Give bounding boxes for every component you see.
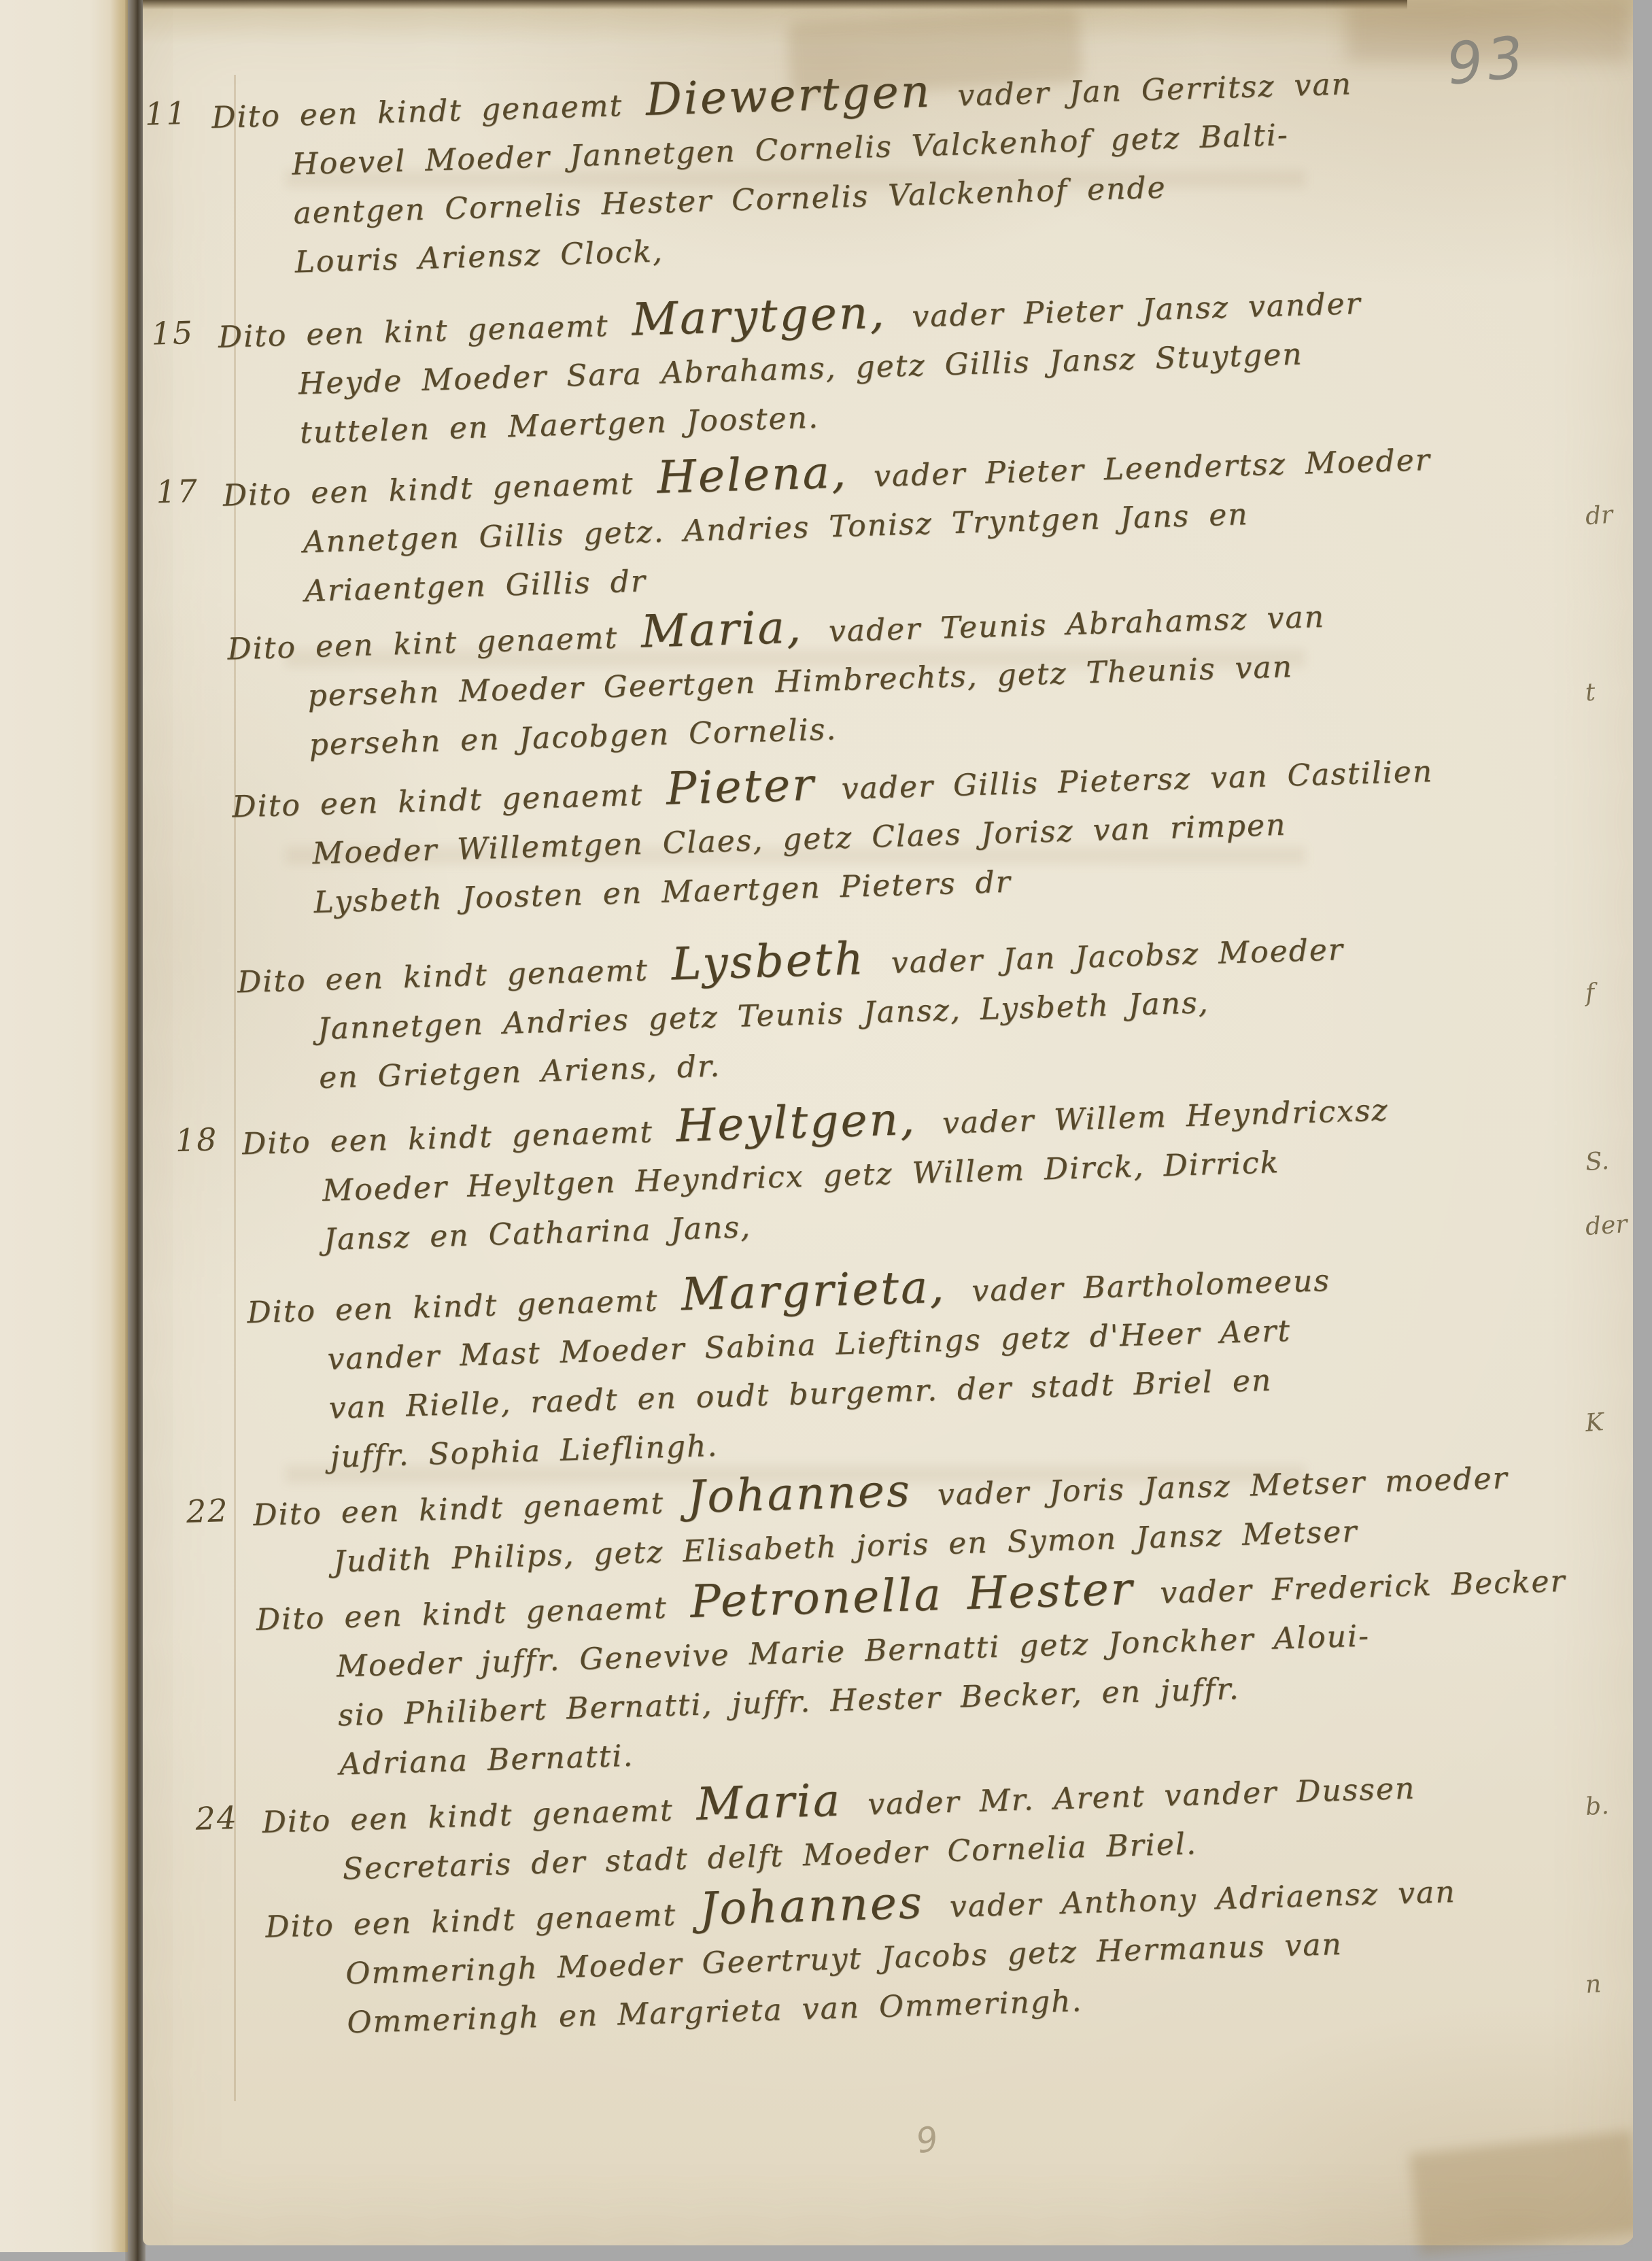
baptism-entry: Dito een kindt genaemt Lysbeth vader Jan… [237, 913, 1607, 1106]
child-name: Diewertgen [641, 65, 940, 126]
entry-after-name: vader Willem Heyndricxsz [942, 1093, 1389, 1140]
entry-after-name: vader Bartholomeeus [971, 1263, 1331, 1309]
entry-after-name: vader Jan Jacobsz Moeder [891, 932, 1344, 981]
entry-margin-number: 18 [175, 1121, 218, 1159]
entry-after-name: vader Frederick Becker [1160, 1564, 1567, 1611]
entry-after-name: vader Mr. Arent vander Dussen [867, 1771, 1416, 1822]
entry-after-name: vader Gillis Pietersz van Castilien [841, 754, 1434, 806]
backdrop-right [1633, 0, 1652, 2261]
entry-opening: Dito een kindt genaemt [256, 1591, 668, 1637]
facing-page-edge [0, 0, 128, 2252]
entry-opening: Dito een kindt genaemt [232, 778, 644, 825]
entry-opening: Dito een kint genaemt [218, 309, 609, 355]
baptism-entry: 11 Dito een kindt genaemt Diewertgen vad… [211, 48, 1583, 289]
child-name: Marytgen, [627, 286, 893, 346]
entry-opening: Dito een kindt genaemt [247, 1283, 659, 1330]
child-name: Lysbeth [666, 932, 872, 991]
child-name: Johannes [683, 1464, 919, 1523]
baptism-entry: Dito een kindt genaemt Petronella Hester… [256, 1550, 1628, 1791]
entry-margin-number: 22 [186, 1492, 229, 1530]
entry-margin-number: 11 [144, 95, 188, 133]
entry-after-name: vader Pieter Jansz vander [912, 286, 1362, 335]
entry-opening: Dito een kindt genaemt [253, 1486, 665, 1533]
child-name: Johannes [695, 1876, 931, 1935]
baptism-entry: 18 Dito een kindt genaemt Heyltgen, vade… [241, 1074, 1612, 1268]
entry-opening: Dito een kindt genaemt [241, 1115, 653, 1161]
entry-opening: Dito een kindt genaemt [265, 1898, 677, 1945]
entry-margin-number: 24 [195, 1799, 239, 1837]
entry-opening: Dito een kindt genaemt [262, 1793, 674, 1840]
child-name: Maria [691, 1773, 849, 1831]
entry-after-name: vader Pieter Leendertsz Moeder [873, 443, 1431, 494]
entry-after-name: vader Anthony Adriaensz van [949, 1875, 1456, 1924]
entry-margin-number: 17 [156, 473, 199, 511]
child-name: Maria, [636, 600, 810, 658]
child-name: Heyltgen, [671, 1093, 923, 1153]
entry-opening: Dito een kindt genaemt [222, 466, 634, 513]
baptism-entries: 11 Dito een kindt genaemt Diewertgen vad… [211, 48, 1635, 2058]
entry-opening: Dito een kint genaemt [227, 621, 619, 667]
baptism-entry: Dito een kindt genaemt Margrieta, vader … [246, 1243, 1618, 1484]
entry-opening: Dito een kindt genaemt [211, 88, 623, 135]
entry-margin-number: 15 [151, 314, 194, 352]
page-top-edge-shadow [143, 0, 1407, 10]
photo-background: { "page": { "folio_number": "93", "botto… [0, 0, 1652, 2261]
child-name: Helena, [652, 445, 855, 504]
entry-after-name: vader Joris Jansz Metser moeder [937, 1461, 1509, 1512]
entry-after-name: vader Teunis Abrahamsz van [828, 600, 1325, 649]
child-name: Margrieta, [676, 1260, 953, 1321]
entry-opening: Dito een kindt genaemt [237, 953, 649, 1000]
child-name: Pieter [661, 758, 823, 815]
entry-after-name: vader Jan Gerritsz van [957, 67, 1353, 113]
